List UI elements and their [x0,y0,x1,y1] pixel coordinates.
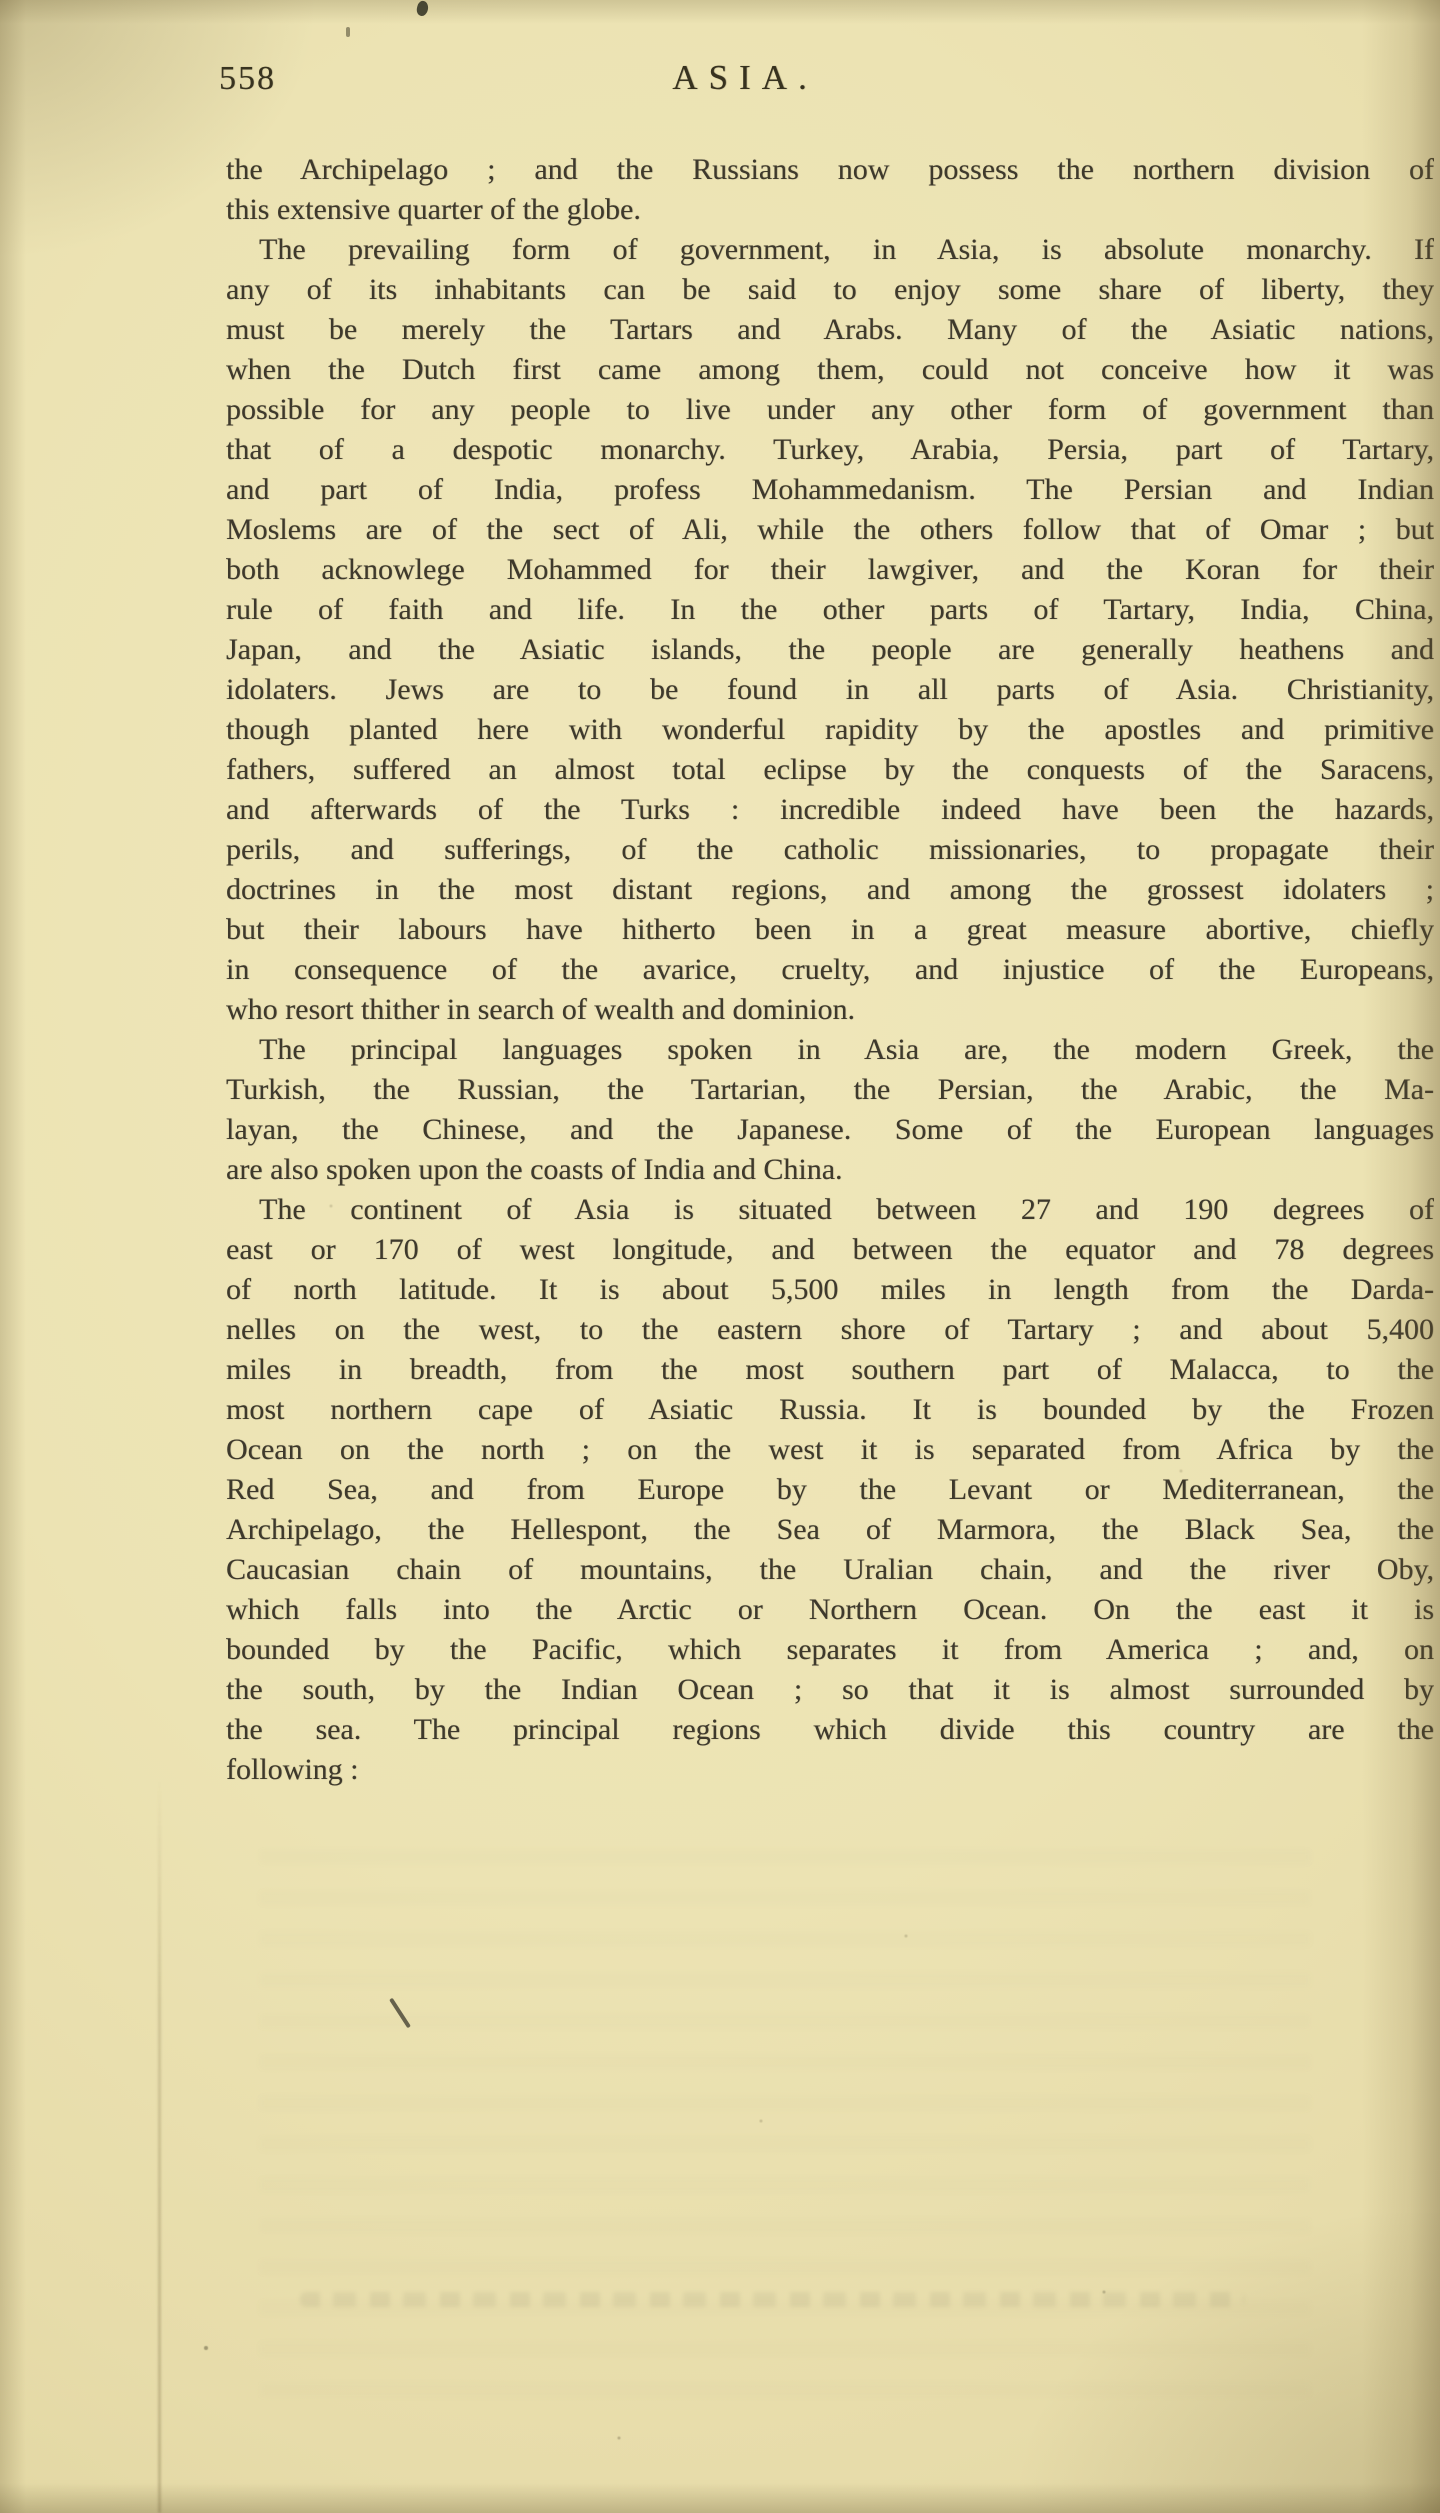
text-line: any of its inhabitants can be said to en… [226,270,1434,310]
text-line: and part of India, profess Mohammedanism… [226,470,1434,510]
text-line: fathers, suffered an almost total eclips… [226,750,1434,790]
text-line: most northern cape of Asiatic Russia. It… [226,1390,1434,1430]
text-line: nelles on the west, to the eastern shore… [226,1310,1434,1350]
text-line: layan, the Chinese, and the Japanese. So… [226,1110,1434,1150]
text-line: perils, and sufferings, of the catholic … [226,830,1434,870]
text-line: Archipelago, the Hellespont, the Sea of … [226,1510,1434,1550]
body-text: the Archipelago ; and the Russians now p… [226,150,1434,1790]
text-line: which falls into the Arctic or Northern … [226,1590,1434,1630]
text-line: are also spoken upon the coasts of India… [226,1150,1434,1190]
text-line: who resort thither in search of wealth a… [226,990,1434,1030]
text-line: Moslems are of the sect of Ali, while th… [226,510,1434,550]
text-line: the Archipelago ; and the Russians now p… [226,150,1434,190]
text-line: possible for any people to live under an… [226,390,1434,430]
text-line: idolaters. Jews are to be found in all p… [226,670,1434,710]
text-line: Ocean on the north ; on the west it is s… [226,1430,1434,1470]
text-line: rule of faith and life. In the other par… [226,590,1434,630]
text-line: both acknowlege Mohammed for their lawgi… [226,550,1434,590]
text-line: The prevailing form of government, in As… [226,230,1434,270]
text-line: bounded by the Pacific, which separates … [226,1630,1434,1670]
ink-blot-mark [415,0,429,17]
paper-crease [158,1780,161,2513]
text-line: of north latitude. It is about 5,500 mil… [226,1270,1434,1310]
text-line: though planted here with wonderful rapid… [226,710,1434,750]
text-line: this extensive quarter of the globe. [226,190,1434,230]
text-line: doctrines in the most distant regions, a… [226,870,1434,910]
text-line: Caucasian chain of mountains, the Uralia… [226,1550,1434,1590]
text-line: The principal languages spoken in Asia a… [226,1030,1434,1070]
bleedthrough-area [260,1850,1310,2410]
scanned-page: 558 ASIA. the Archipelago ; and the Russ… [0,0,1440,2513]
text-line: miles in breadth, from the most southern… [226,1350,1434,1390]
paper-speckles [0,0,2,2]
text-line: when the Dutch first came among them, co… [226,350,1434,390]
text-line: Turkish, the Russian, the Tartarian, the… [226,1070,1434,1110]
text-line: must be merely the Tartars and Arabs. Ma… [226,310,1434,350]
page-edge-shadow-left [0,0,26,2513]
text-line: following : [226,1750,1434,1790]
text-line: The continent of Asia is situated betwee… [226,1190,1434,1230]
text-line: but their labours have hitherto been in … [226,910,1434,950]
text-line: and afterwards of the Turks : incredible… [226,790,1434,830]
text-line: the south, by the Indian Ocean ; so that… [226,1670,1434,1710]
text-line: in consequence of the avarice, cruelty, … [226,950,1434,990]
running-head: ASIA. [672,58,817,98]
text-line: that of a despotic monarchy. Turkey, Ara… [226,430,1434,470]
page-number: 558 [219,60,276,98]
text-line: Japan, and the Asiatic islands, the peop… [226,630,1434,670]
text-line: east or 170 of west longitude, and betwe… [226,1230,1434,1270]
text-line: the sea. The principal regions which div… [226,1710,1434,1750]
text-line: Red Sea, and from Europe by the Levant o… [226,1470,1434,1510]
page-header: 558 ASIA. [225,52,1435,102]
page-edge-shadow-top [0,0,1440,24]
page-edge-shadow-bottom [0,2483,1440,2513]
ink-dash-mark [346,27,350,37]
